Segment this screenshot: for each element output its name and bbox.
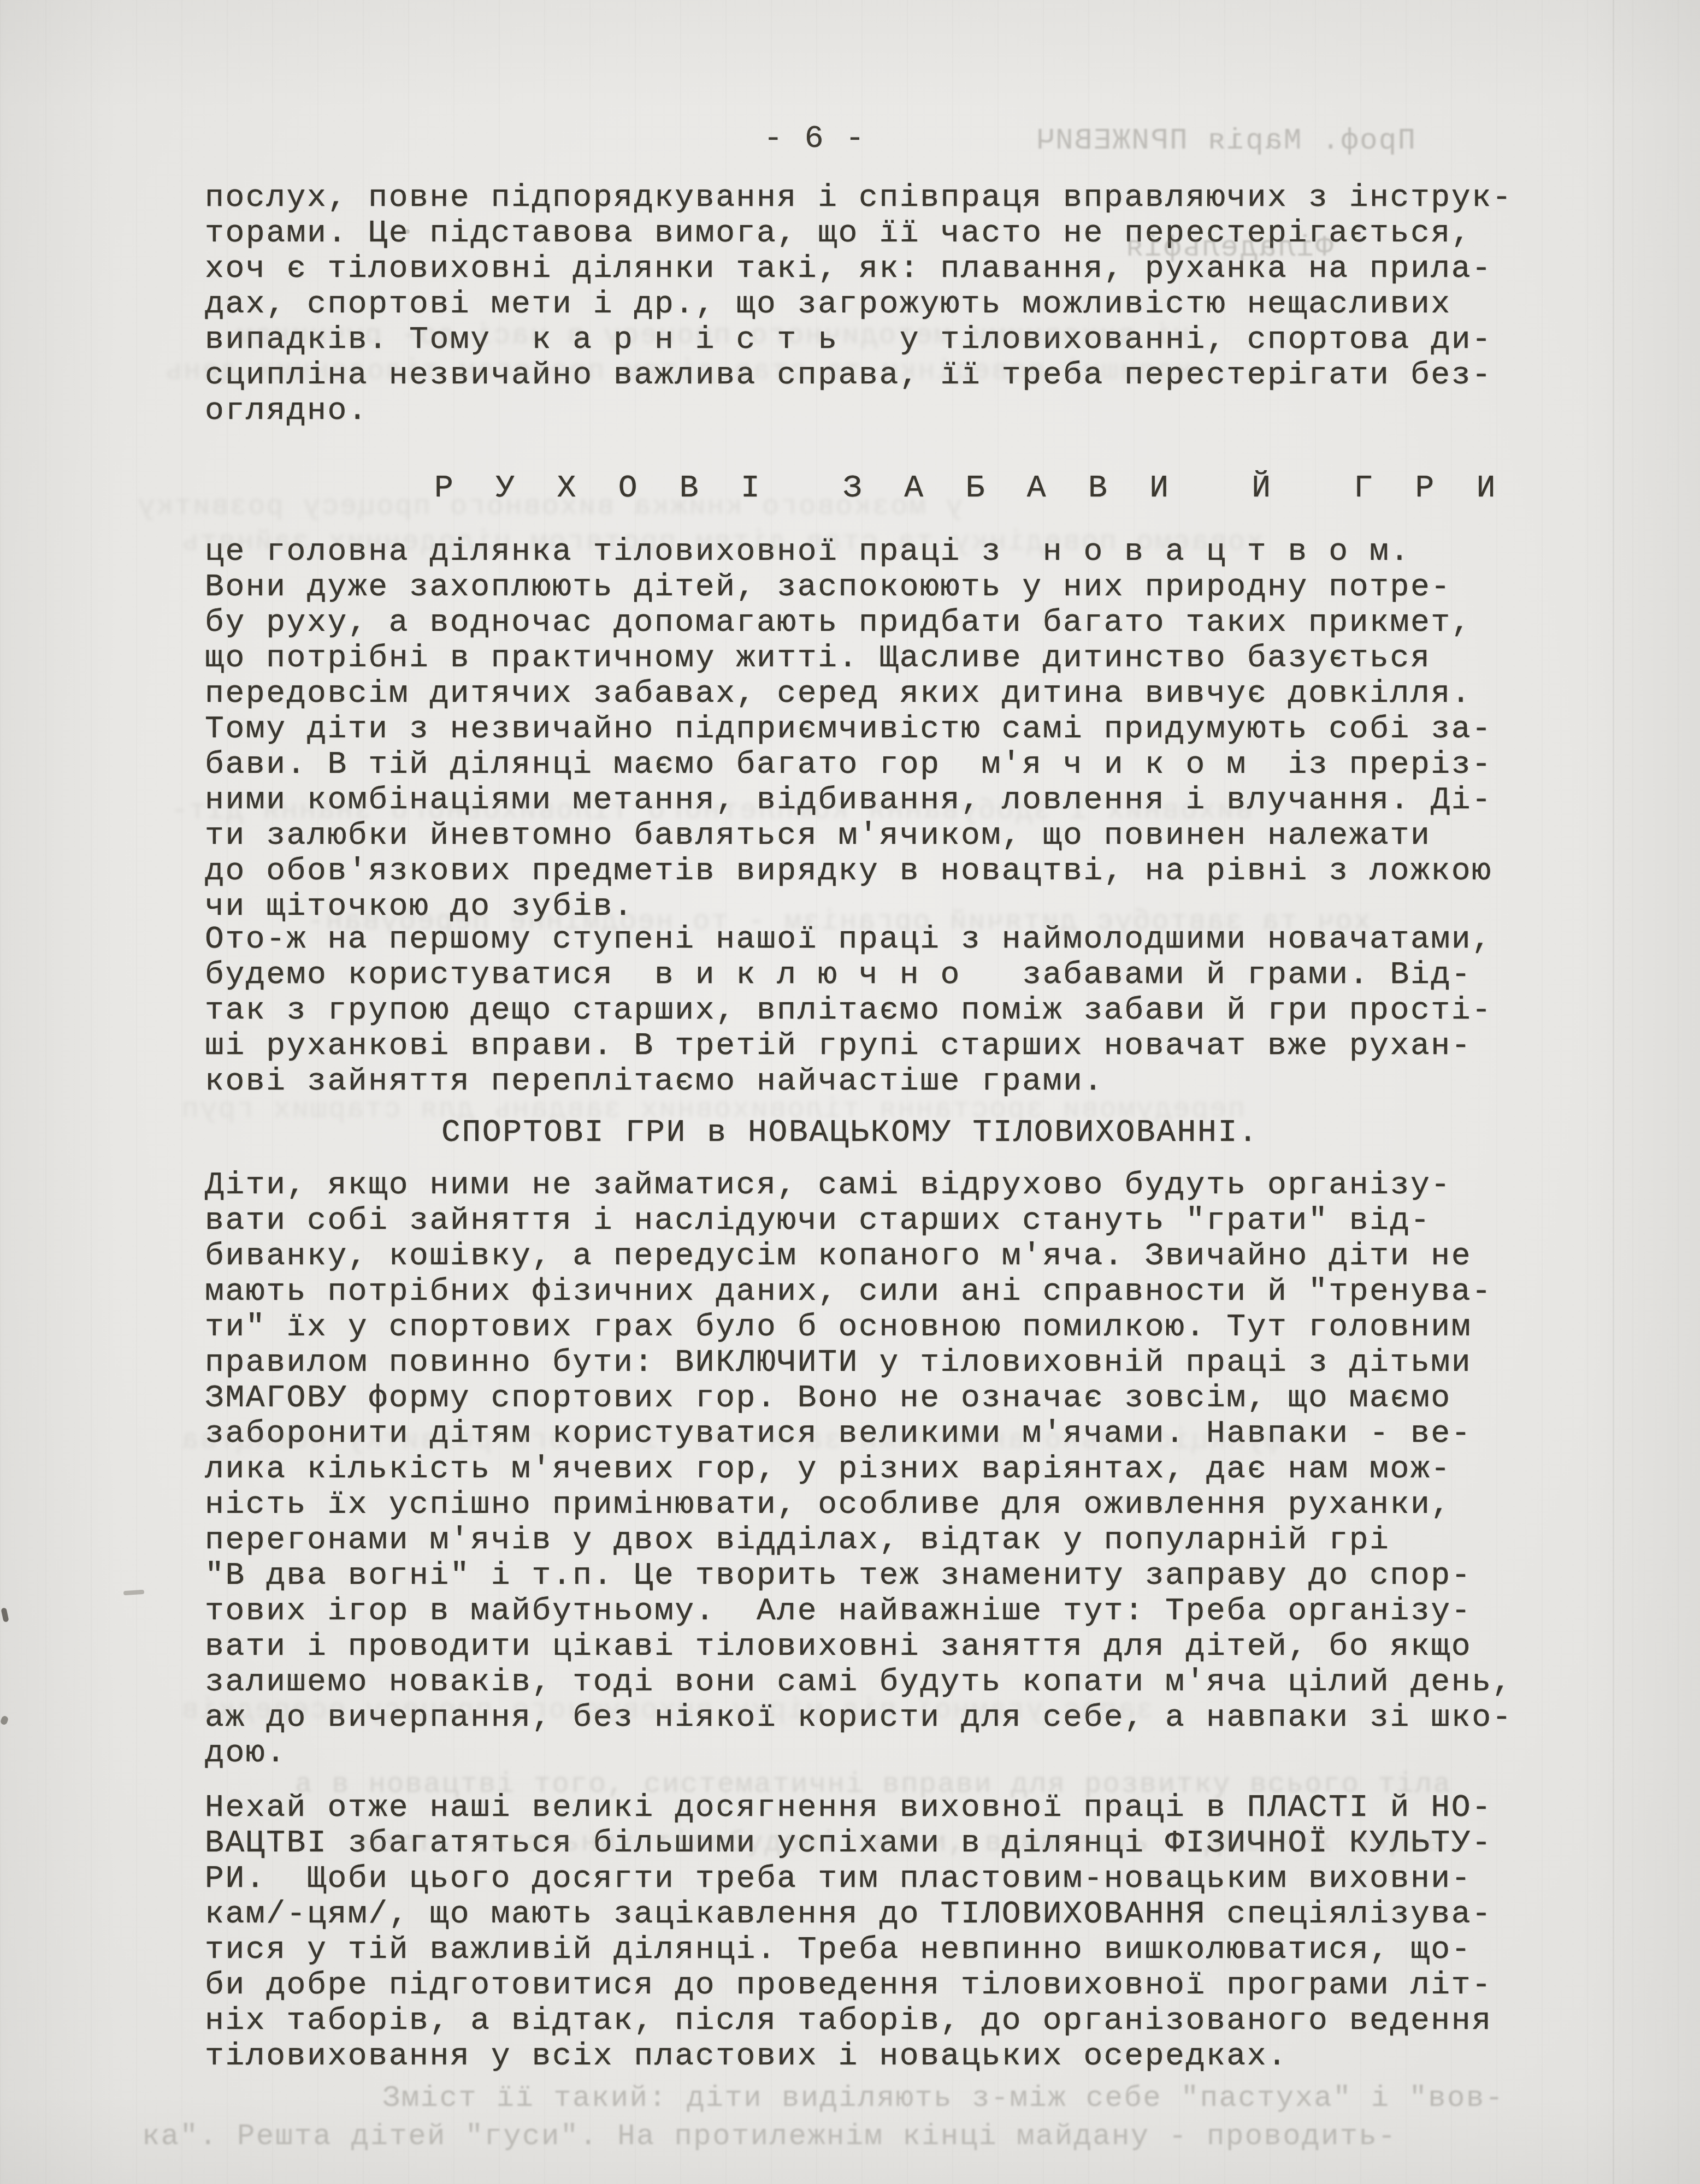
ink-speck-corner — [0, 1715, 9, 1725]
paragraph-stupeni-pratsi: Ото-ж на першому ступені нашої праці з н… — [205, 922, 1492, 1099]
paragraph-discipline: послух, повне підпорядкування і співпрац… — [205, 180, 1513, 429]
scanned-typewritten-page: - 6 - послух, повне підпорядкування і сп… — [0, 0, 1700, 2184]
section-heading-sportovi-hry: СПОРТОВІ ГРИ в НОВАЦЬКОМУ ТІЛОВИХОВАННІ. — [441, 1115, 1259, 1151]
ink-speck-dash — [123, 1590, 144, 1596]
ink-speck-apostrophe — [1, 1607, 9, 1623]
ghost-author-line: Проф. Марія ПРИЖЕВИЧ — [1035, 125, 1415, 158]
ghost-footer-line: Зміст її такий: діти виділяють з-між себ… — [382, 2082, 1504, 2115]
section-heading-rukhovi-zabavy-y-hry: Р У Х О В І З А Б А В И Й Г Р И — [434, 471, 1497, 506]
paragraph-zaklyk: Нехай отже наші великі досягнення виховн… — [205, 1790, 1492, 2074]
paragraph-zabavy-novatstvo: це головна ділянка тіловиховної праці з … — [205, 534, 1492, 925]
page-number: - 6 - — [764, 121, 866, 157]
paragraph-sportovi-hry-text: Діти, якщо ними не займатися, самі відру… — [205, 1168, 1513, 1771]
ghost-footer-line: ка". Решта дітей "гуси". На протилежнім … — [142, 2120, 1397, 2153]
paper-fold-line — [1613, 0, 1614, 2184]
